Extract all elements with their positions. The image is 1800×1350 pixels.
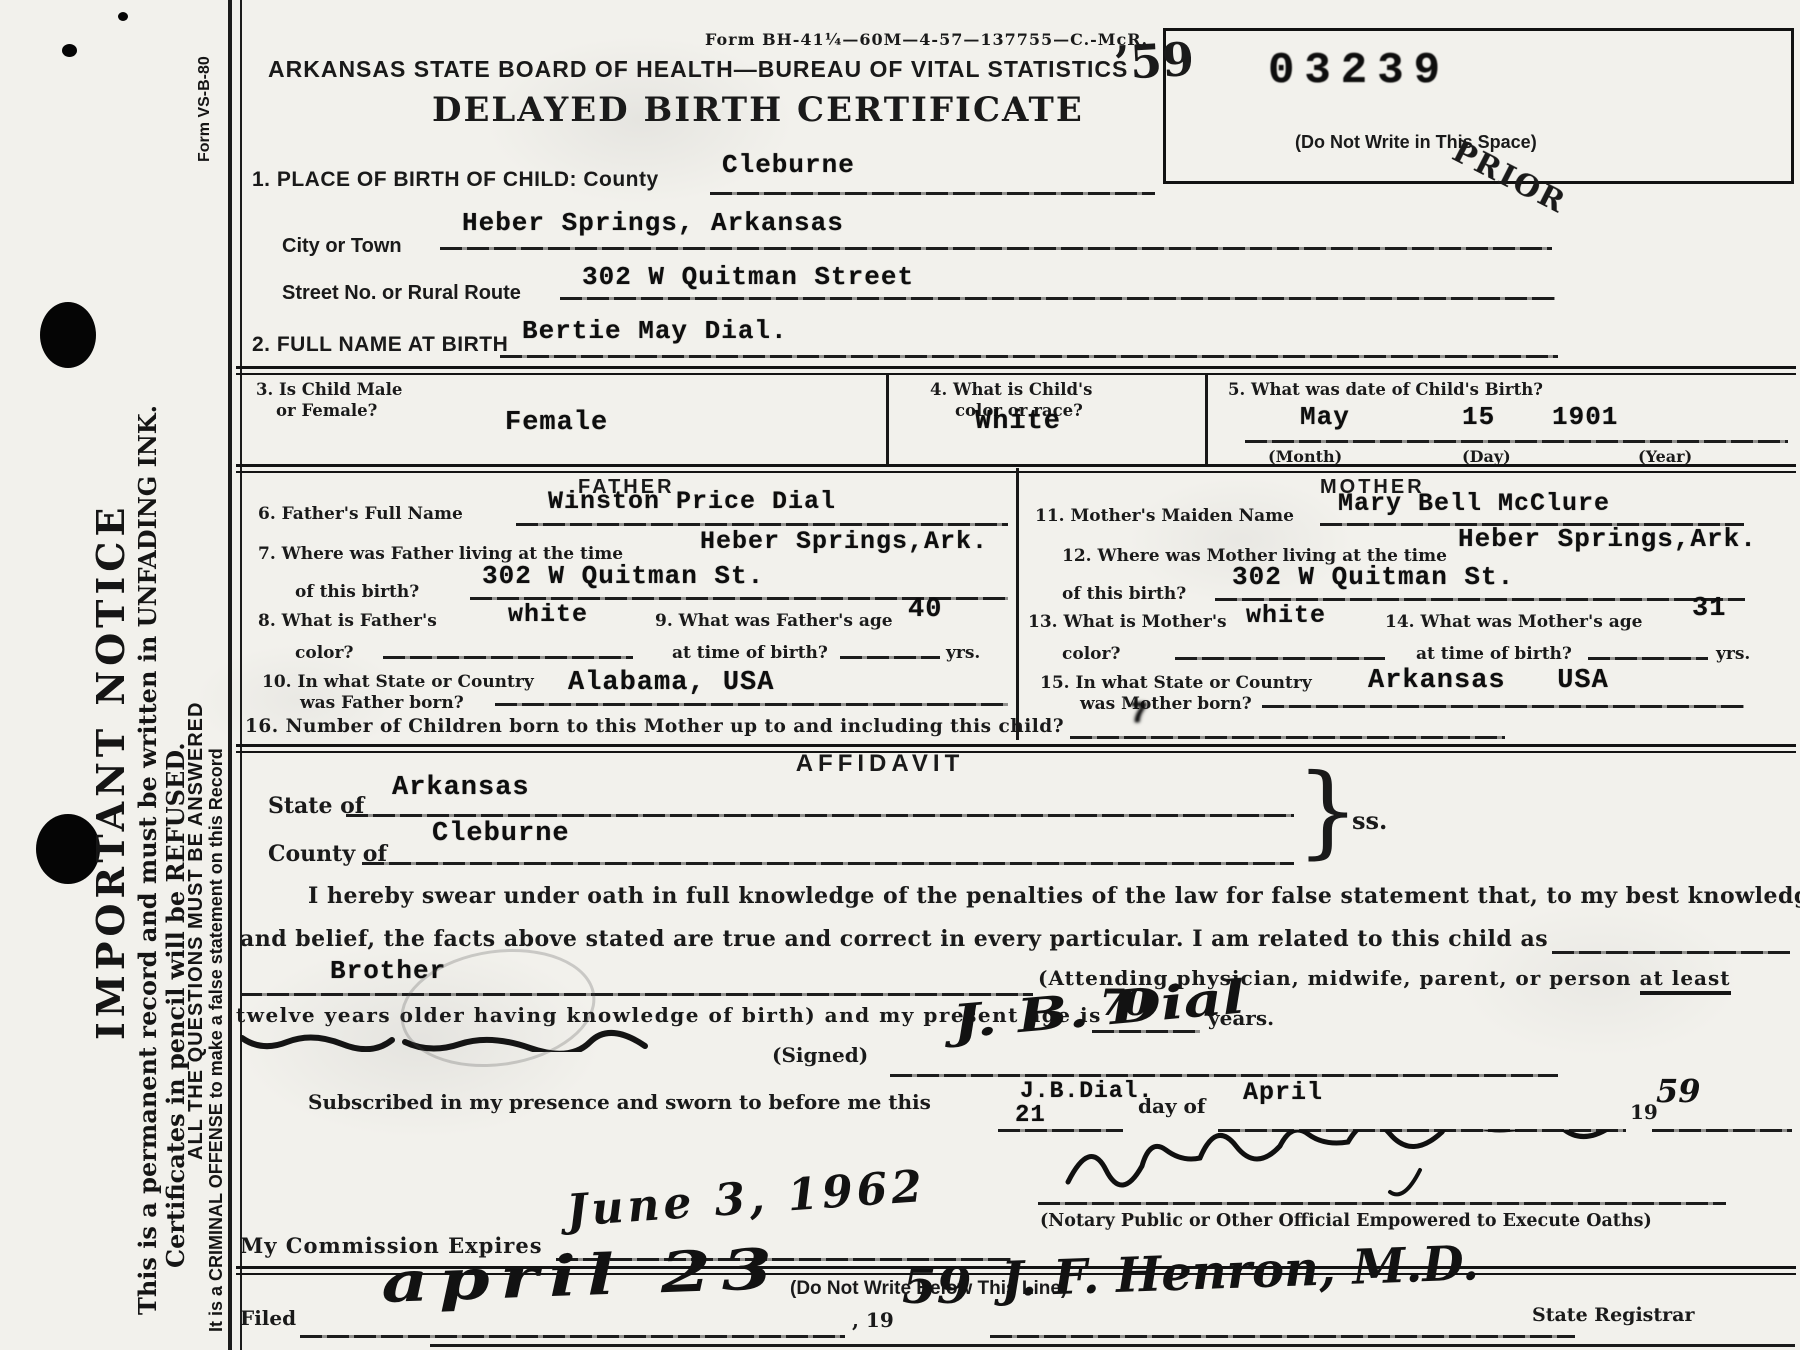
father-age: 40 (908, 595, 942, 625)
punch-hole (118, 12, 128, 21)
father-age-line (840, 656, 940, 659)
city-value: Heber Springs, Arkansas (462, 208, 844, 238)
form-left-border (228, 0, 232, 1350)
form-print-code: Form BH-41¼—60M—4-57—137755—C.-McR. (705, 30, 1148, 49)
affiant-signature-script: J. B. Dial (950, 969, 1247, 1048)
child-row-divider-2 (1205, 375, 1208, 465)
sworn-day-value: 21 (1015, 1102, 1046, 1129)
sworn-year-line (1652, 1129, 1792, 1132)
do-not-write-note: (Do Not Write in This Space) (1295, 132, 1537, 153)
q15-label: 15. In what State or Country (1040, 673, 1312, 693)
day-of-label: day of (1138, 1094, 1205, 1118)
street-value: 302 W Quitman Street (582, 262, 914, 292)
county-value: Cleburne (722, 150, 855, 180)
margin-notice-line3: ALL THE QUESTIONS MUST BE ANSWERED (185, 702, 208, 1160)
dob-line (1245, 440, 1788, 443)
mother-res-city: Heber Springs,Ark. (1458, 524, 1757, 554)
affiant-name-typed: J.B.Dial. (1020, 1078, 1153, 1104)
q14-label2: at time of birth? (1416, 644, 1572, 664)
q10-label: 10. In what State or Country (262, 672, 534, 692)
q12-label2: of this birth? (1062, 584, 1186, 604)
q15-label2: was Mother born? (1080, 694, 1252, 714)
state-value: Arkansas (392, 773, 530, 803)
q6-label: 6. Father's Full Name (258, 504, 463, 524)
mother-color-line (1175, 657, 1385, 660)
relation-line (240, 993, 1033, 996)
city-label: City or Town (282, 235, 402, 258)
q14-label: 14. What was Mother's age (1385, 612, 1642, 632)
mother-age: 31 (1692, 594, 1726, 624)
affidavit-county-line (362, 862, 1294, 865)
q7-label2: of this birth? (295, 582, 419, 602)
filed-label: Filed (240, 1306, 296, 1330)
sex-value: Female (505, 408, 608, 438)
mother-name: Mary Bell McClure (1338, 489, 1610, 518)
mother-birthplace: Arkansas USA (1368, 666, 1609, 696)
punch-hole (62, 44, 77, 57)
commission-date-script: June 3, 1962 (565, 1161, 928, 1237)
father-name-line (516, 523, 1008, 526)
father-color: white (508, 600, 588, 629)
delayed-birth-certificate-document: IMPORTANT NOTICE This is a permanent rec… (0, 0, 1800, 1350)
subscribed-label: Subscribed in my presence and sworn to b… (308, 1090, 931, 1114)
mother-color: white (1246, 601, 1326, 630)
year-stamp: ’59 (1113, 32, 1196, 90)
q4-label: 4. What is Child's (930, 380, 1092, 399)
sworn-month-value: April (1243, 1078, 1323, 1107)
year-prefix: 19 (1630, 1100, 1658, 1124)
signed-label: (Signed) (772, 1043, 868, 1067)
filed-year-prefix: , 19 (852, 1308, 894, 1332)
birth-name-value: Bertie May Dial. (522, 316, 788, 346)
parents-divider (1016, 468, 1019, 740)
q2-label: 2. FULL NAME AT BIRTH (252, 333, 508, 357)
registrar-signature-script: J. F. Henron, M.D. (1000, 1235, 1480, 1308)
father-res-street: 302 W Quitman St. (482, 561, 764, 591)
father-yrs-label: yrs. (946, 643, 980, 663)
filed-date-script: april 23 (380, 1236, 784, 1316)
race-value: White (975, 407, 1061, 437)
q9-label: 9. What was Father's age (655, 611, 893, 631)
oath-line2: and belief, the facts above stated are t… (240, 926, 1548, 952)
q11-label: 11. Mother's Maiden Name (1035, 506, 1294, 526)
form-left-border-inner (240, 0, 242, 1350)
sworn-year-value: 59 (1656, 1072, 1701, 1110)
margin-notice-line1: This is a permanent record and must be w… (133, 405, 162, 1315)
child-row-divider-1 (886, 375, 889, 465)
q16-label: 16. Number of Children born to this Moth… (245, 716, 1064, 737)
punch-hole (40, 302, 96, 368)
q1-label: 1. PLACE OF BIRTH OF CHILD: County (252, 168, 659, 192)
children-count-line (1070, 736, 1505, 739)
city-line (440, 247, 1552, 250)
dob-month: May (1300, 402, 1350, 432)
rule-above-child-row (236, 366, 1796, 375)
margin-form-number: Form VS-B-80 (196, 56, 214, 162)
mother-age-line (1588, 657, 1708, 660)
affidavit-title: AFFIDAVIT (690, 750, 1070, 778)
margin-notice-line4: It is a CRIMINAL OFFENSE to make a false… (206, 748, 227, 1332)
q10-label2: was Father born? (300, 693, 464, 713)
q13-label2: color? (1062, 644, 1120, 664)
q9-label2: at time of birth? (672, 643, 828, 663)
q3-label2: or Female? (276, 401, 377, 420)
notary-signature-script (1060, 1130, 1620, 1202)
father-birthplace: Alabama, USA (568, 668, 774, 698)
dob-year: 1901 (1552, 402, 1618, 432)
q3-label: 3. Is Child Male (256, 380, 402, 399)
ss-label: ss. (1352, 806, 1387, 835)
signed-line (890, 1074, 1558, 1077)
filed-year-script: 59 (902, 1256, 972, 1315)
registrar-label: State Registrar (1532, 1304, 1694, 1326)
bottom-border-line (430, 1344, 1795, 1347)
county-line (710, 192, 1155, 195)
certificate-number: 03239 (1268, 46, 1450, 96)
father-color-line (383, 656, 633, 659)
q5-label: 5. What was date of Child's Birth? (1228, 380, 1543, 399)
state-line (346, 814, 1294, 817)
oath-line1: I hereby swear under oath in full knowle… (308, 883, 1800, 909)
street-line (560, 297, 1555, 300)
children-count-value: 7 (1130, 698, 1149, 732)
registrar-line (990, 1335, 1575, 1338)
dob-day: 15 (1462, 402, 1495, 432)
agency-title: ARKANSAS STATE BOARD OF HEALTH—BUREAU OF… (268, 56, 1128, 83)
filed-date-line (300, 1335, 845, 1338)
q13-label: 13. What is Mother's (1028, 612, 1227, 632)
q8-label2: color? (295, 643, 353, 663)
notary-line (1038, 1202, 1726, 1205)
notary-caption: (Notary Public or Other Official Empower… (1040, 1211, 1652, 1231)
mother-birthplace-line (1262, 705, 1744, 708)
mother-yrs-label: yrs. (1716, 644, 1750, 664)
mother-res-street: 302 W Quitman St. (1232, 562, 1514, 592)
certificate-title: DELAYED BIRTH CERTIFICATE (432, 90, 1084, 130)
father-name: Winston Price Dial (548, 487, 836, 516)
ss-brace: } (1296, 752, 1360, 869)
birth-name-line (500, 355, 1558, 358)
q8-label: 8. What is Father's (258, 611, 437, 631)
father-birthplace-line (495, 703, 1008, 706)
margin-notice-title: IMPORTANT NOTICE (88, 503, 133, 1040)
relation-line-start (1552, 951, 1790, 954)
affidavit-county-value: Cleburne (432, 819, 570, 849)
street-label: Street No. or Rural Route (282, 282, 521, 305)
father-res-city: Heber Springs,Ark. (700, 527, 988, 556)
